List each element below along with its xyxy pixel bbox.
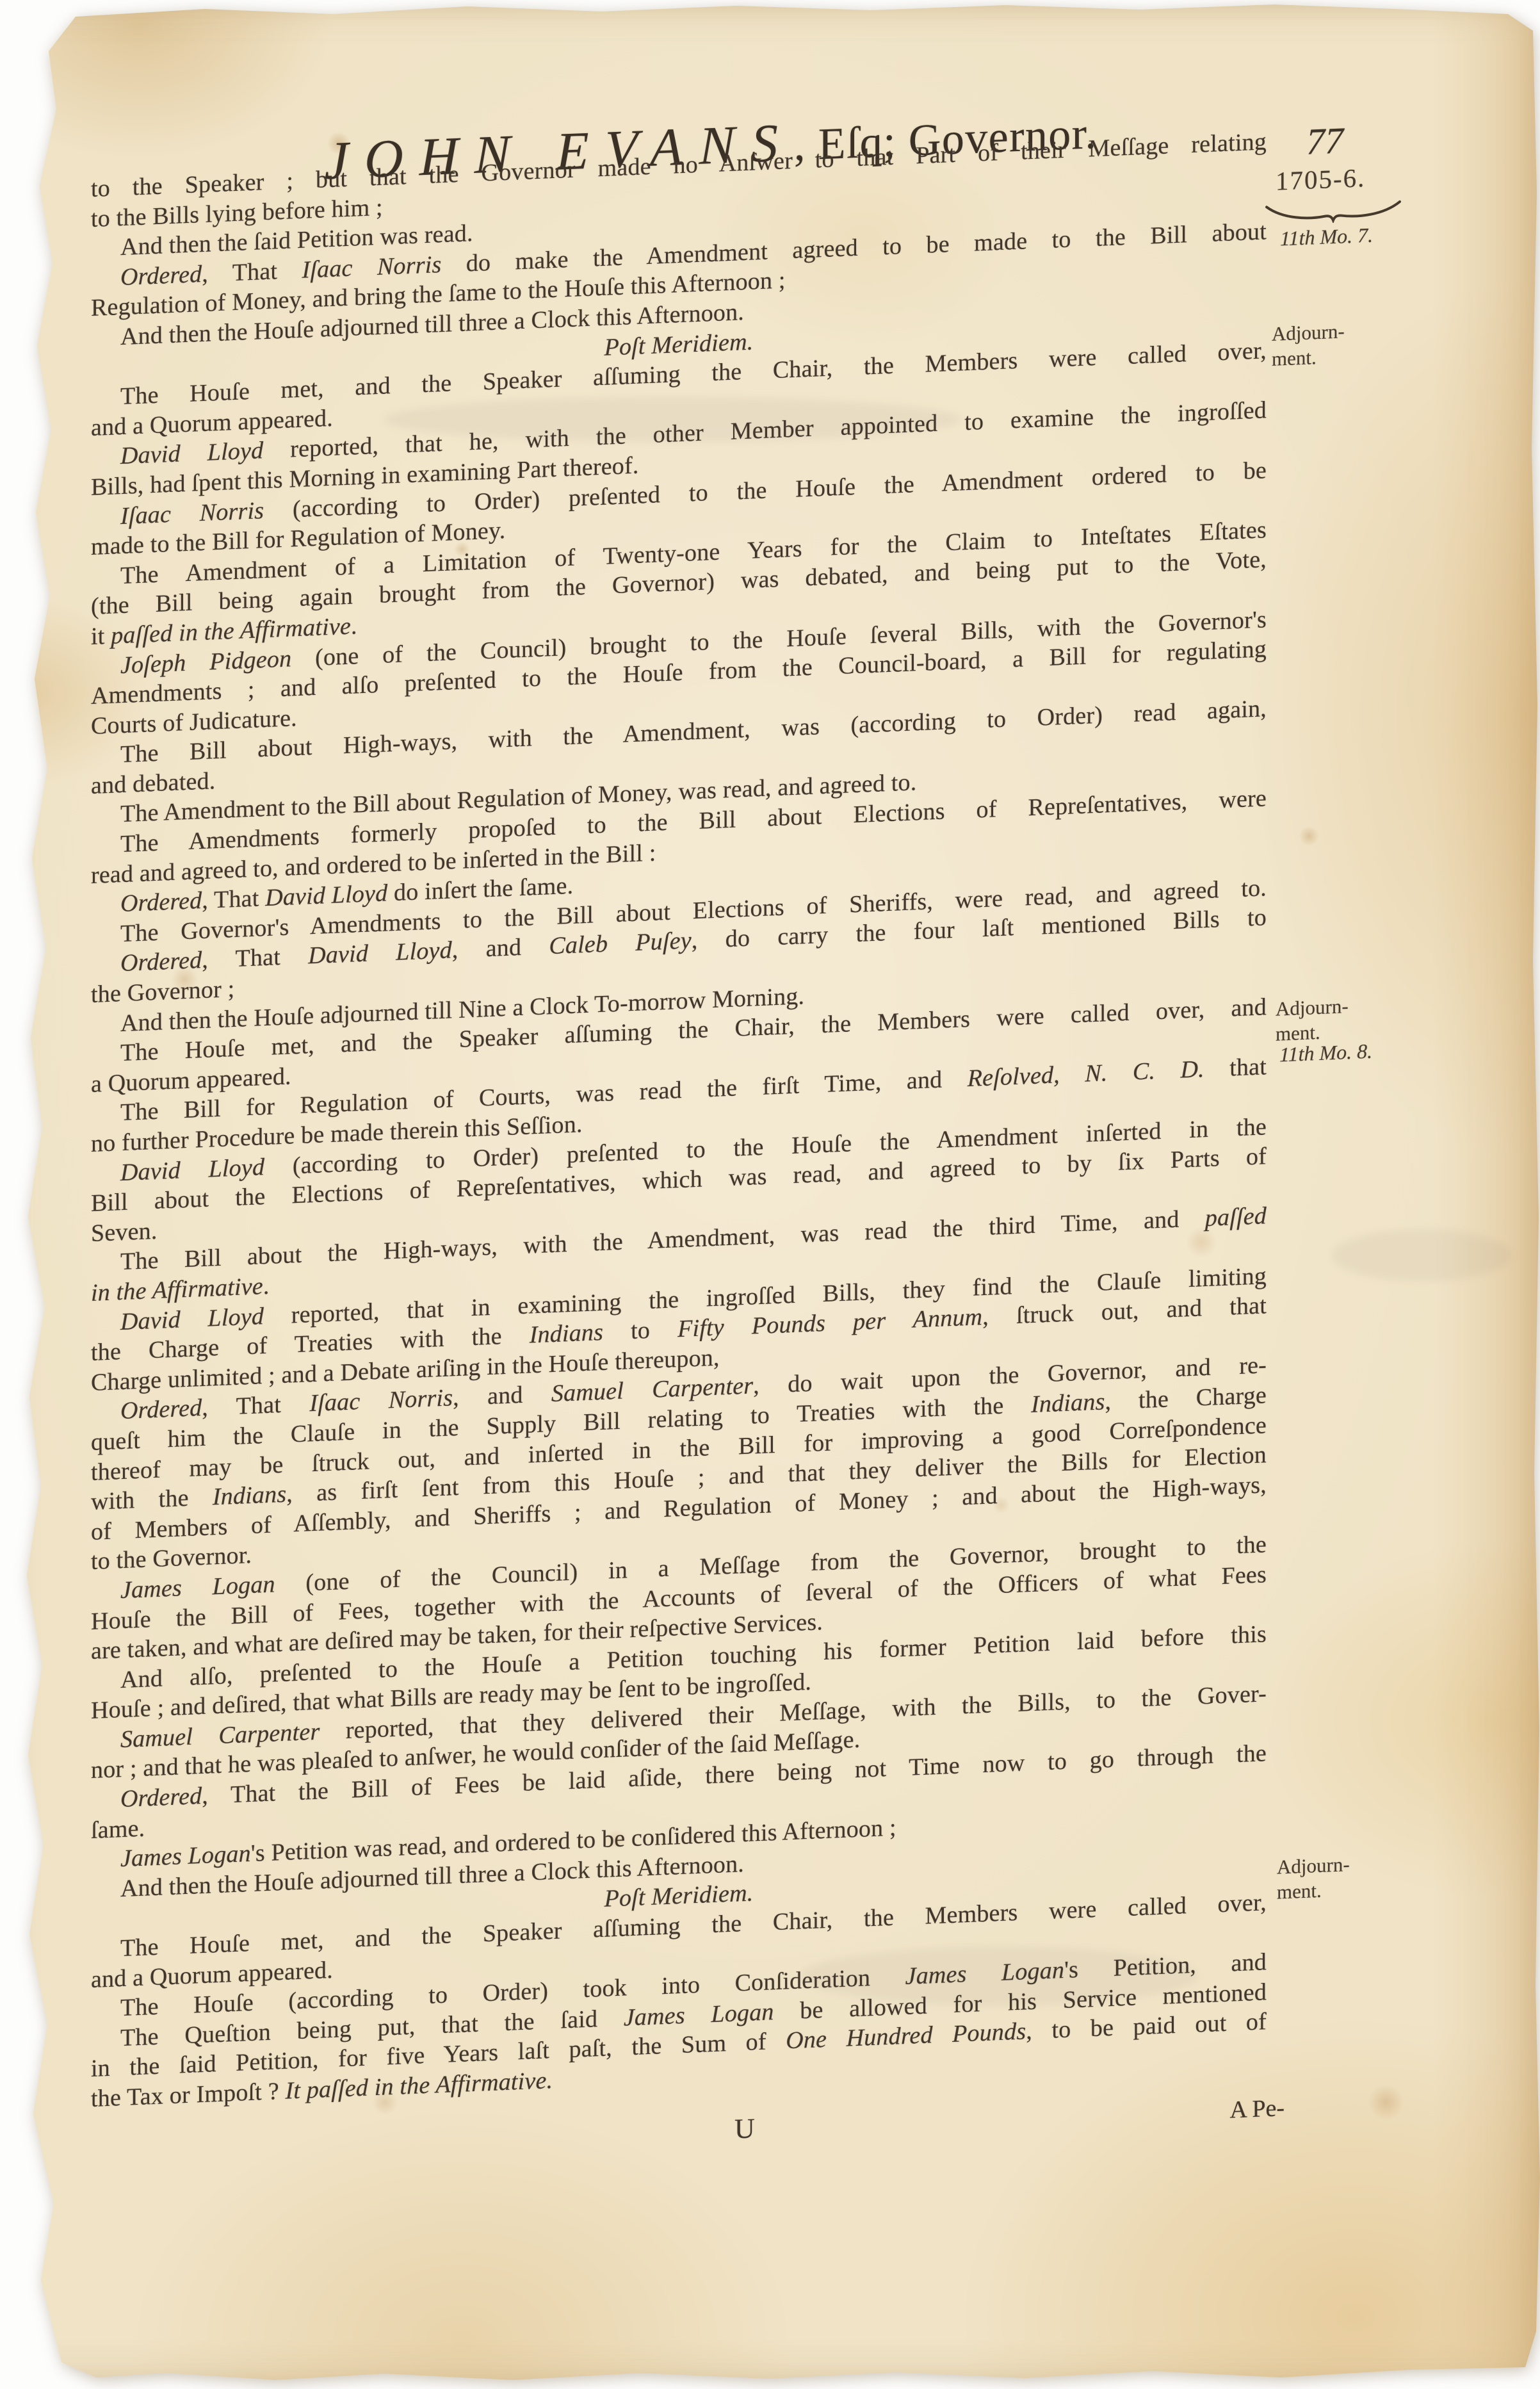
margin-note-year: 1705-6.: [1276, 165, 1365, 194]
body-text: to the Speaker ; but that the Governor m…: [91, 127, 1267, 2114]
page-number: 77: [1306, 118, 1343, 163]
margin-note-adjournment-2: Adjourn- ment.: [1276, 993, 1349, 1047]
scanned-book-page: { "document": { "header": { "title_name"…: [0, 0, 1540, 2389]
paper-sheet: JOHN EVANS, Eſq; Governor. 77 to the Spe…: [0, 0, 1540, 2389]
margin-note-adjournment-3: Adjourn- ment.: [1277, 1852, 1350, 1905]
printed-content: JOHN EVANS, Eſq; Governor. 77 to the Spe…: [0, 0, 1540, 2389]
page-scan: JOHN EVANS, Eſq; Governor. 77 to the Spe…: [0, 0, 1540, 2389]
margin-note-adjournment-1: Adjourn- ment.: [1272, 318, 1345, 371]
margin-note-session-date-1: 11th Mo. 7.: [1280, 223, 1373, 252]
catchword: A Pe-: [1230, 2094, 1285, 2124]
signature-mark: U: [734, 2112, 755, 2145]
brace-icon: [1264, 199, 1402, 226]
margin-note-session-date-2: 11th Mo. 8.: [1279, 1039, 1372, 1068]
